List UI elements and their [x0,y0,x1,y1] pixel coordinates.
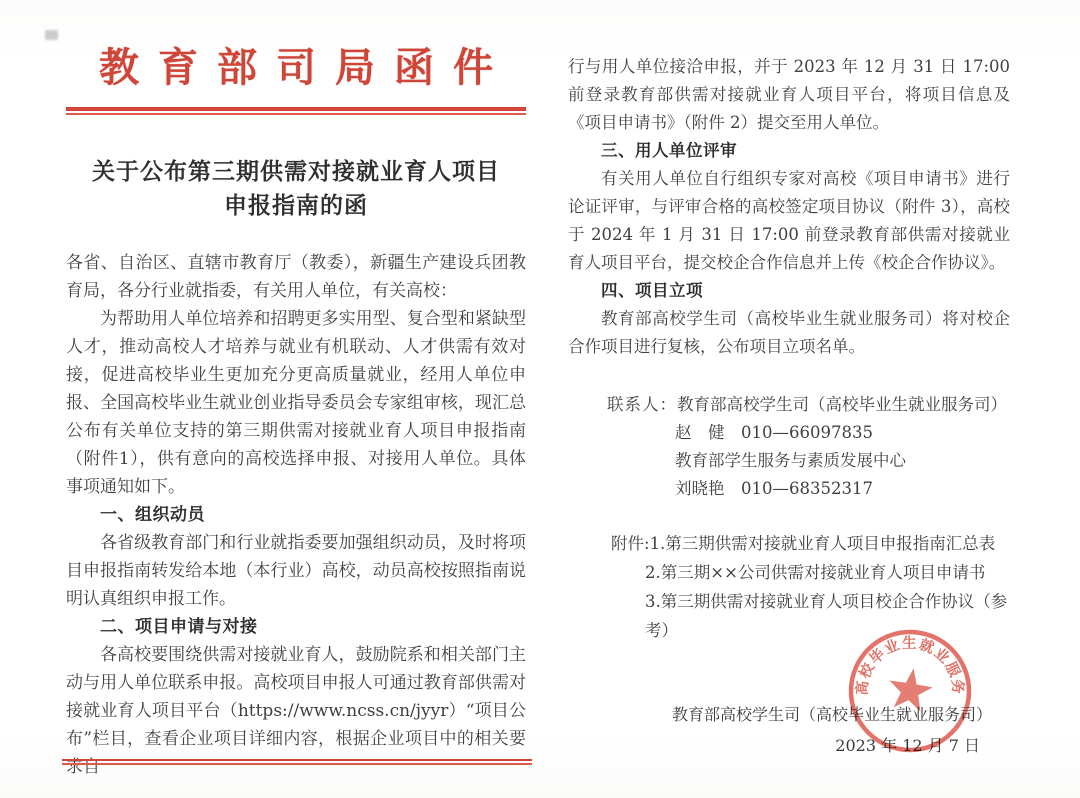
section-1-paragraph: 各省级教育部门和行业就指委要加强组织动员，及时将项目申报指南转发给本地（本行业）… [66,529,526,613]
letter-page-right: 行与用人单位接洽申报，并于 2023 年 12 月 31 日 17:00 前登录… [568,53,1010,758]
masthead-title: 教育部司局函件 [66,46,526,90]
intro-paragraph: 为帮助用人单位培养和招聘更多实用型、复合型和紧缺型人才，推动高校人才培养与就业有… [66,305,526,501]
contact-row: 联系人：教育部高校学生司（高校毕业生就业服务司） [568,391,1010,419]
attachments-label: 附件: [611,534,650,553]
salutation-paragraph: 各省、自治区、直辖市教育厅（教委），新疆生产建设兵团教育局，各分行业就指委，有关… [66,249,526,305]
attachments-block: 附件:1.第三期供需对接就业育人项目申报指南汇总表 2.第三期××公司供需对接就… [568,529,1010,645]
right-page-body: 行与用人单位接洽申报，并于 2023 年 12 月 31 日 17:00 前登录… [568,53,1010,361]
continuation-paragraph: 行与用人单位接洽申报，并于 2023 年 12 月 31 日 17:00 前登录… [568,53,1010,137]
section-4-paragraph: 教育部高校学生司（高校毕业生就业服务司）将对校企合作项目进行复核，公布项目立项名… [568,305,1010,361]
signature-date: 2023 年 12 月 7 日 [568,734,1010,758]
contact-person-phone-1: 赵 健 010—66097835 [568,419,1010,447]
section-3-heading: 三、用人单位评审 [568,137,1010,165]
contact-department: 教育部高校学生司（高校毕业生就业服务司） [677,395,1007,414]
left-page-body: 各省、自治区、直辖市教育厅（教委），新疆生产建设兵团教育局，各分行业就指委，有关… [66,249,526,781]
contact-label: 联系人： [607,395,677,414]
section-2-heading: 二、项目申请与对接 [66,613,526,641]
section-4-heading: 四、项目立项 [568,277,1010,305]
contact-center: 教育部学生服务与素质发展中心 [568,447,1010,475]
attachment-item-2: 2.第三期××公司供需对接就业育人项目申请书 [568,558,1010,587]
masthead-rule-thin-line [66,113,526,115]
attachment-item-3: 3.第三期供需对接就业育人项目校企合作协议（参考） [568,587,1010,645]
letter-page-left: 教育部司局函件 关于公布第三期供需对接就业育人项目 申报指南的函 各省、自治区、… [66,0,526,781]
document-title: 关于公布第三期供需对接就业育人项目 申报指南的函 [66,155,526,223]
footer-rule-bottom-line [62,763,532,765]
signature-department: 教育部高校学生司（高校毕业生就业服务司） [568,703,1010,727]
contact-block: 联系人：教育部高校学生司（高校毕业生就业服务司） 赵 健 010—6609783… [568,391,1010,503]
masthead-rule-thick-line [66,107,526,111]
scan-corner-artifact [45,30,58,40]
attachment-row-1: 附件:1.第三期供需对接就业育人项目申报指南汇总表 [568,529,1010,558]
contact-person-phone-2: 刘晓艳 010—68352317 [568,475,1010,503]
footer-rule-top-line [62,759,532,761]
document-title-line2: 申报指南的函 [66,189,526,223]
attachment-item-1: 1.第三期供需对接就业育人项目申报指南汇总表 [650,534,996,553]
document-title-line1: 关于公布第三期供需对接就业育人项目 [66,155,526,189]
section-1-heading: 一、组织动员 [66,501,526,529]
document-scan-background: 教育部司局函件 关于公布第三期供需对接就业育人项目 申报指南的函 各省、自治区、… [0,0,1080,798]
section-3-paragraph: 有关用人单位自行组织专家对高校《项目申请书》进行论证评审，与评审合格的高校签定项… [568,165,1010,277]
left-page-footer-rule [62,759,532,765]
masthead-rule [66,107,526,115]
